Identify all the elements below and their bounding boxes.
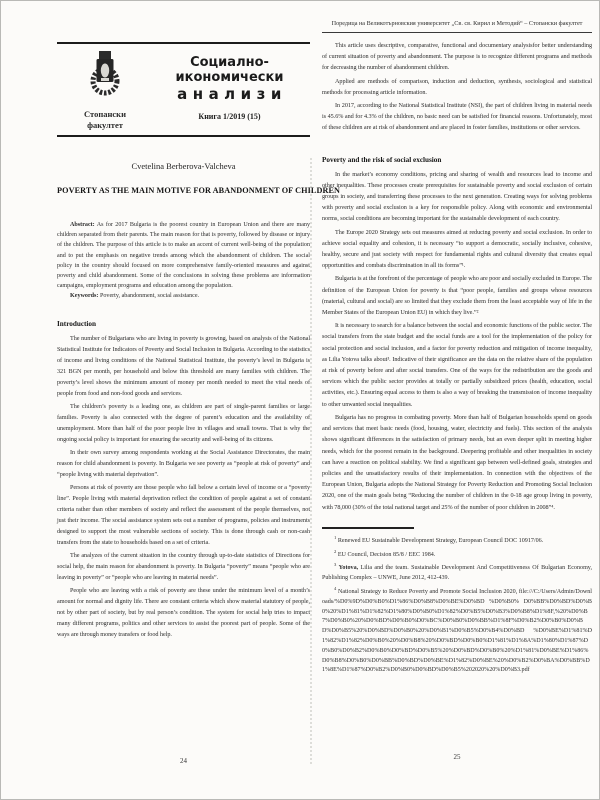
abstract-text: As for 2017 Bulgaria is the poorest coun…: [57, 222, 310, 289]
footnote-3-marker: 3: [334, 562, 336, 567]
intro-paragraph-1: The number of Bulgarians who are living …: [57, 333, 310, 399]
footnote-3: 3 Yotova, Lilia and the team. Sustainabl…: [322, 560, 592, 584]
body-paragraph-7: It is necessary to search for a balance …: [322, 320, 592, 410]
journal-title-line3: анализи: [151, 85, 308, 103]
intro-paragraph-5: The analyzes of the current situation in…: [57, 550, 310, 583]
footnote-separator: [322, 527, 414, 529]
footnote-1-marker: 1: [334, 535, 336, 540]
footnote-2-marker: 2: [334, 549, 336, 554]
body-paragraph-5: The Europe 2020 Strategy sets out measur…: [322, 227, 592, 272]
footnote-4-marker: 4: [334, 586, 336, 591]
page-right: Поредица на Великотърновския университет…: [322, 12, 592, 676]
journal-title-line2: икономически: [151, 70, 308, 85]
body-paragraph-4: In the market’s economy conditions, pric…: [322, 169, 592, 225]
author-name: Cvetelina Berberova-Valcheva: [57, 161, 310, 171]
footnote-1-text: Renewed EU Sustainable Development Strat…: [338, 538, 543, 544]
footnote-3-author: Yotova,: [339, 565, 358, 571]
keywords-label: Keywords:: [70, 293, 98, 299]
keywords-text: Poverty, abandonment, social assistance.: [100, 293, 199, 299]
intro-paragraph-2: The children’s poverty is a leading one,…: [57, 401, 310, 445]
footnote-2: 2 EU Council, Decision 85/8 / EEC 1984.: [322, 547, 592, 561]
body-paragraph-8: Bulgaria has no progress in combating po…: [322, 412, 592, 513]
body-paragraph-1: This article uses descriptive, comparati…: [322, 40, 592, 74]
scanned-journal-spread: Стопански факултет Социално- икономическ…: [0, 0, 600, 800]
footnote-4-text: National Strategy to Reduce Poverty and …: [322, 589, 592, 673]
university-emblem-icon: [88, 51, 122, 107]
faculty-line-1: Стопански: [59, 109, 151, 120]
faculty-label: Стопански факултет: [59, 109, 151, 130]
section-heading-introduction: Introduction: [57, 320, 310, 328]
masthead-left-column: Стопански факултет: [59, 51, 151, 130]
issue-label: Книга 1/2019 (15): [151, 112, 308, 121]
footnote-1: 1 Renewed EU Sustainable Development Str…: [322, 533, 592, 547]
running-header: Поредица на Великотърновския университет…: [322, 20, 592, 33]
article-title: POVERTY AS THE MAIN MOTIVE FOR ABANDONME…: [57, 186, 310, 195]
footnote-2-text: EU Council, Decision 85/8 / EEC 1984.: [338, 552, 436, 558]
body-paragraph-6: Bulgaria is at the forefront of the perc…: [322, 273, 592, 318]
journal-title-line1: Социално-: [151, 55, 308, 70]
keywords-paragraph: Keywords: Poverty, abandonment, social a…: [57, 291, 310, 301]
faculty-line-2: факултет: [59, 120, 151, 131]
abstract-paragraph: Abstract: As for 2017 Bulgaria is the po…: [57, 220, 310, 291]
abstract-label: Abstract:: [70, 222, 95, 228]
footnote-4: 4 National Strategy to Reduce Poverty an…: [322, 584, 592, 676]
section-heading-poverty: Poverty and the risk of social exclusion: [322, 156, 592, 164]
masthead-right-column: Социално- икономически анализи Книга 1/2…: [151, 51, 308, 130]
body-paragraph-3: In 2017, according to the National Stati…: [322, 100, 592, 134]
body-paragraph-2: Applied are methods of comparison, induc…: [322, 76, 592, 98]
footnotes-block: 1 Renewed EU Sustainable Development Str…: [322, 533, 592, 676]
journal-masthead: Стопански факултет Социално- икономическ…: [57, 42, 310, 137]
footnote-3-text: Lilia and the team. Sustainable Developm…: [322, 565, 592, 581]
page-number-left: 24: [57, 757, 310, 765]
intro-paragraph-4: Persons at risk of poverty are those peo…: [57, 482, 310, 548]
page-gutter-line: [310, 158, 312, 764]
page-left: Стопански факултет Социално- икономическ…: [57, 12, 310, 642]
page-number-right: 25: [322, 753, 592, 761]
intro-paragraph-6: People who are leaving with a risk of po…: [57, 585, 310, 640]
intro-paragraph-3: In their own survey among respondents wo…: [57, 447, 310, 480]
